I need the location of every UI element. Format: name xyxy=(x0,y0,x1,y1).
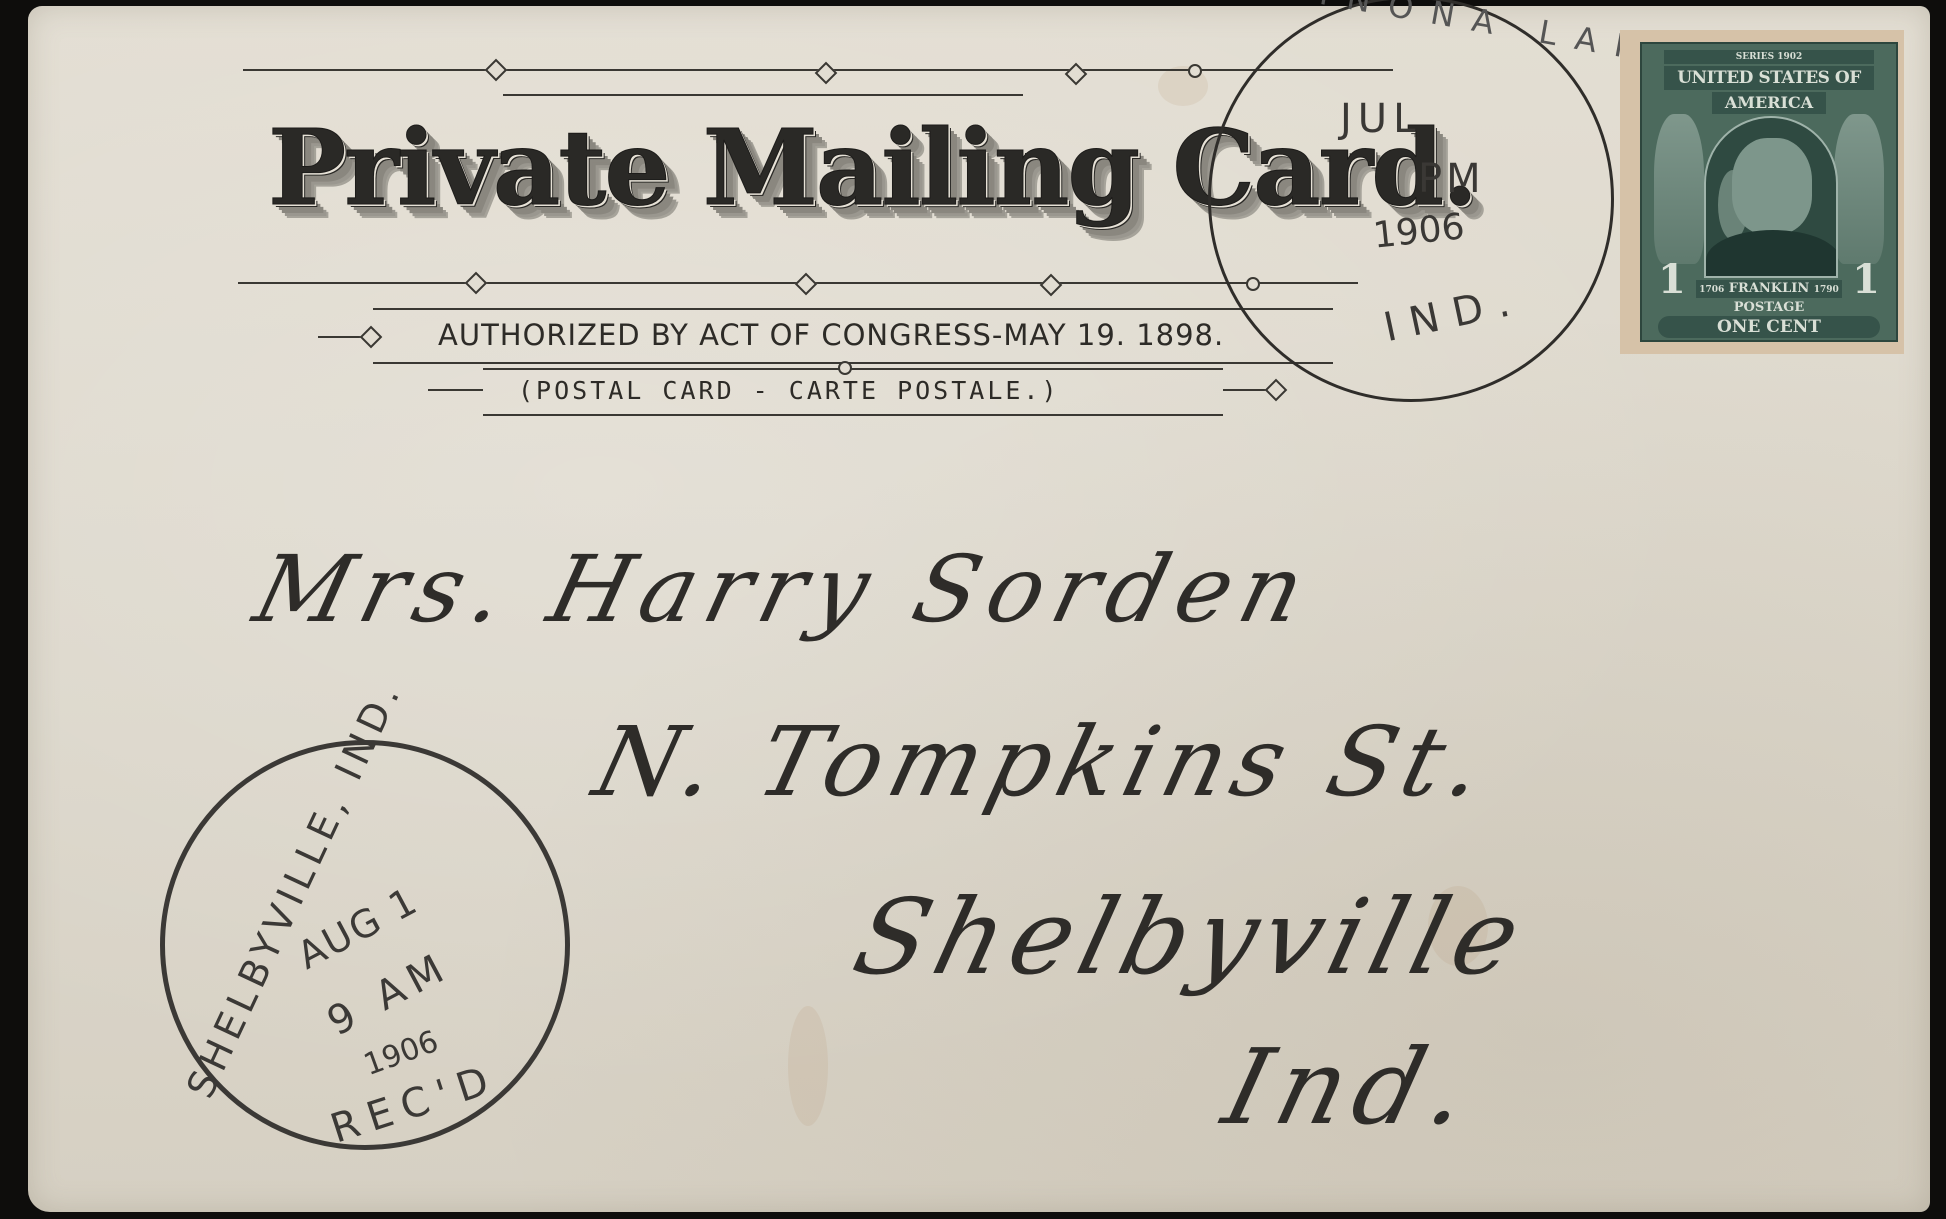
stamp-left-figure xyxy=(1654,114,1704,264)
stamp-country: UNITED STATES OF xyxy=(1664,66,1874,90)
stamp-right-figure xyxy=(1834,114,1884,264)
postmark-month: JUL xyxy=(1340,96,1421,142)
authorization-text: AUTHORIZED BY ACT OF CONGRESS-MAY 19. 18… xyxy=(438,318,1224,352)
address-line-street: N. Tompkins St. xyxy=(584,706,1503,818)
stamp-value: ONE CENT xyxy=(1658,316,1880,338)
stamp-denomination-right: 1 xyxy=(1852,256,1880,303)
franklin-portrait xyxy=(1704,116,1838,278)
stamp-name-band: 1706 FRANKLIN 1790 xyxy=(1696,280,1842,298)
postmark-time: PM xyxy=(1418,156,1485,202)
postcard: Private Mailing Card. AUTHORIZED BY ACT … xyxy=(28,6,1930,1212)
stamp-america: AMERICA xyxy=(1712,92,1826,114)
address-line-state: Ind. xyxy=(1213,1026,1491,1148)
subtitle-text: (POSTAL CARD - CARTE POSTALE.) xyxy=(518,376,1060,405)
postage-stamp: SERIES 1902 UNITED STATES OF AMERICA 1 1… xyxy=(1640,42,1898,342)
stamp-postage: POSTAGE xyxy=(1692,300,1846,316)
stamp-denomination-left: 1 xyxy=(1658,256,1686,303)
address-line-name: Mrs. Harry Sorden xyxy=(245,536,1325,643)
stamp-series: SERIES 1902 xyxy=(1664,50,1874,64)
address-line-city: Shelbyville xyxy=(843,876,1540,998)
paper-stain xyxy=(788,1006,828,1126)
